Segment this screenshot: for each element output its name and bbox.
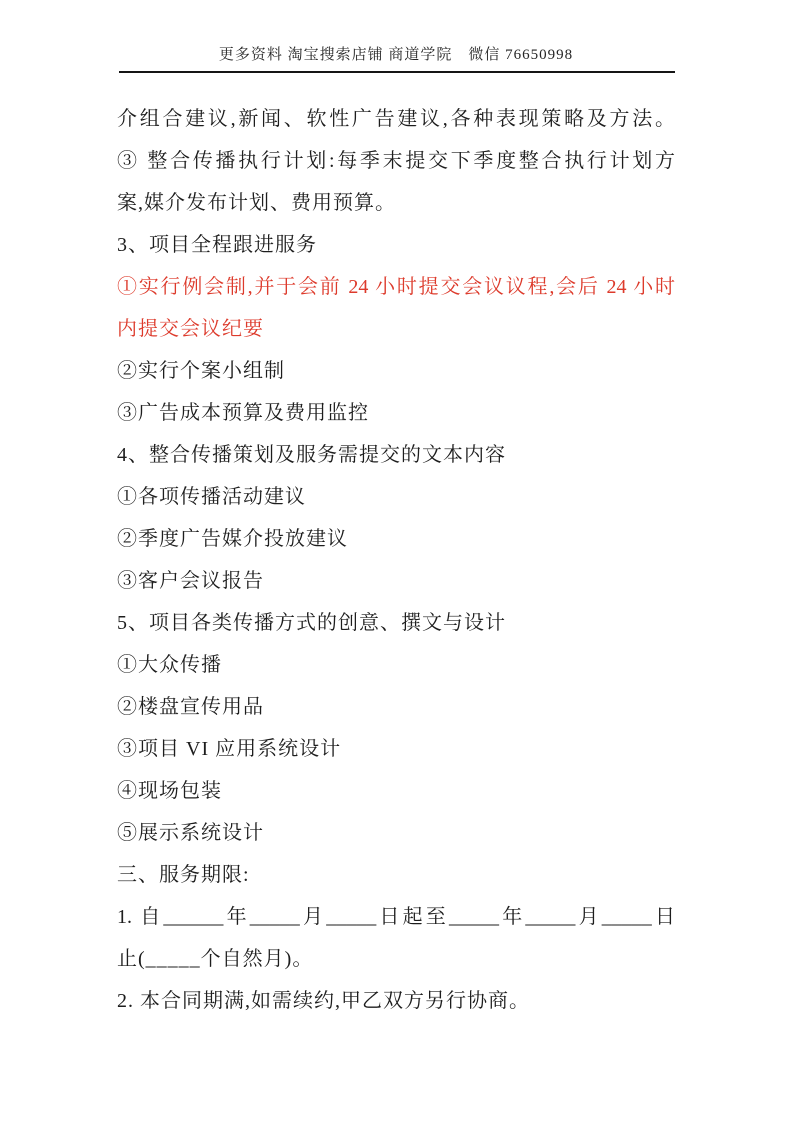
text-line: 5、项目各类传播方式的创意、撰文与设计: [117, 602, 675, 644]
text-line: 1. 自______年_____月_____日起至_____年_____月___…: [117, 896, 675, 938]
text-line: ①大众传播: [117, 644, 675, 686]
text-line: ①实行例会制,并于会前 24 小时提交会议议程,会后 24 小时: [117, 266, 675, 308]
document-body: 介组合建议,新闻、软性广告建议,各种表现策略及方法。③ 整合传播执行计划:每季末…: [117, 98, 675, 1022]
text-line: 案,媒介发布计划、费用预算。: [117, 182, 675, 224]
text-line: 4、整合传播策划及服务需提交的文本内容: [117, 434, 675, 476]
text-line: 内提交会议纪要: [117, 308, 675, 350]
text-line: ②楼盘宣传用品: [117, 686, 675, 728]
text-line: 2. 本合同期满,如需续约,甲乙双方另行协商。: [117, 980, 675, 1022]
text-line: ③项目 VI 应用系统设计: [117, 728, 675, 770]
text-line: ②实行个案小组制: [117, 350, 675, 392]
text-line: ③ 整合传播执行计划:每季末提交下季度整合执行计划方: [117, 140, 675, 182]
document-page: 更多资料 淘宝搜索店铺 商道学院 微信 76650998 介组合建议,新闻、软性…: [0, 0, 793, 1122]
page-header-text: 更多资料 淘宝搜索店铺 商道学院 微信 76650998: [117, 44, 675, 66]
text-line: 3、项目全程跟进服务: [117, 224, 675, 266]
text-line: ⑤展示系统设计: [117, 812, 675, 854]
text-line: 介组合建议,新闻、软性广告建议,各种表现策略及方法。: [117, 98, 675, 140]
text-line: ④现场包装: [117, 770, 675, 812]
text-line: ③客户会议报告: [117, 560, 675, 602]
text-line: 三、服务期限:: [117, 854, 675, 896]
text-line: ③广告成本预算及费用监控: [117, 392, 675, 434]
header-divider-rule: [119, 71, 675, 73]
text-line: ②季度广告媒介投放建议: [117, 518, 675, 560]
text-line: ①各项传播活动建议: [117, 476, 675, 518]
text-line: 止(_____个自然月)。: [117, 938, 675, 980]
